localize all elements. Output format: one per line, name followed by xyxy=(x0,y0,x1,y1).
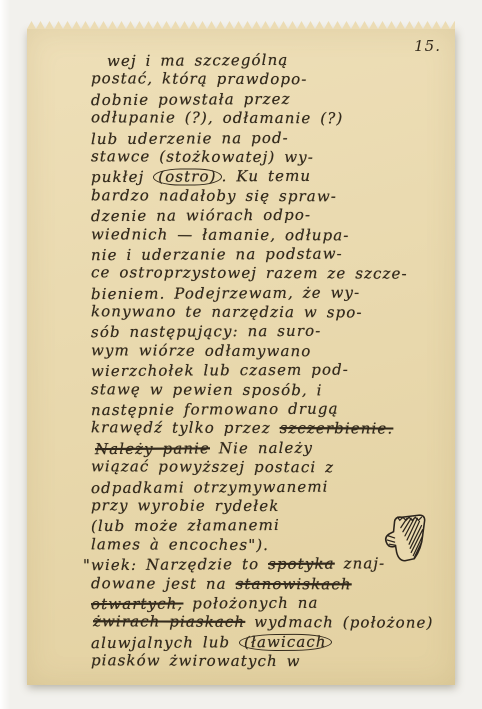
line-text: stawce (stożkowatej) wy- xyxy=(91,147,314,166)
line-text: pukłej xyxy=(91,168,153,186)
handwritten-line: aluwjalnych lub (ławicach xyxy=(91,632,449,654)
torn-perforation-edge xyxy=(27,21,455,29)
struck-text: spotyka xyxy=(268,555,335,573)
line-text: krawędź tylko przez xyxy=(91,419,280,438)
handwritten-line: wym wiórze odłamywano xyxy=(91,341,449,362)
line-text: dzenie na wiórach odpo- xyxy=(91,206,311,225)
line-text: wym wiórze odłamywano xyxy=(91,341,311,360)
line-text: Nie należy xyxy=(210,439,313,458)
line-text: znaj- xyxy=(335,554,386,572)
struck-text: żwirach piaskach xyxy=(93,613,245,632)
handwritten-line: wiązać powyższej postaci z xyxy=(91,457,449,478)
line-text: postać, którą prawdopo- xyxy=(91,70,308,89)
handwritten-line: bardzo nadałoby się spraw- xyxy=(91,186,449,207)
line-text: piasków żwirowatych w xyxy=(91,651,301,670)
handwritten-line: stawę w pewien sposób, i xyxy=(91,380,449,401)
line-text: przy wyrobie rydełek xyxy=(91,496,280,515)
line-text: bardzo nadałoby się spraw- xyxy=(91,186,337,205)
line-text: . Ku temu xyxy=(222,167,312,186)
line-text: odpadkami otrzymywanemi xyxy=(91,477,329,496)
handwritten-line: dowane jest na stanowiskach xyxy=(91,574,449,595)
handwritten-line: konywano te narzędzia w spo- xyxy=(91,302,449,323)
line-text: lames à encoches"). xyxy=(91,535,269,554)
line-text: konywano te narzędzia w spo- xyxy=(91,302,363,321)
line-text: dowane jest na xyxy=(91,574,236,593)
line-text: dobnie powstała przez xyxy=(91,90,291,109)
handwritten-text-block: wej i ma szczególnąpostać, którą prawdop… xyxy=(91,51,449,672)
notched-flint-blade-sketch-icon xyxy=(382,511,430,567)
handwritten-line: bieniem. Podejrzewam, że wy- xyxy=(91,283,449,305)
handwritten-line: pukłej (ostro). Ku temu xyxy=(91,166,449,188)
handwritten-line: wiednich — łamanie, odłupa- xyxy=(91,225,449,246)
line-text: aluwjalnych lub xyxy=(91,633,239,652)
struck-text: stanowiskach xyxy=(236,574,352,593)
line-text: wierzchołek lub czasem pod- xyxy=(91,361,349,381)
line-text: (lub może złamanemi xyxy=(91,516,280,535)
line-text: bieniem. Podejrzewam, że wy- xyxy=(91,283,360,303)
manuscript-page: 15. wej i ma szczególnąpostać, którą pra… xyxy=(27,29,455,685)
struck-text: szczerbienie. xyxy=(280,419,394,437)
line-text: sób następujący: na suro- xyxy=(91,322,321,341)
line-text: nie i uderzanie na podstaw- xyxy=(91,244,343,264)
line-text: wiednich — łamanie, odłupa- xyxy=(91,225,350,244)
handwritten-line: postać, którą prawdopo- xyxy=(91,70,449,91)
line-text: "wiek: Narzędzie to xyxy=(83,555,268,574)
handwritten-line: stawce (stożkowatej) wy- xyxy=(91,147,449,168)
circled-text: (ławicach xyxy=(239,633,332,651)
handwritten-line: Należy panie Nie należy xyxy=(91,438,449,460)
handwritten-line: odłupanie (?), odłamanie (?) xyxy=(91,108,449,129)
struck-text: Należy panie xyxy=(95,439,210,458)
scan-background: 15. wej i ma szczególnąpostać, którą pra… xyxy=(0,0,482,709)
handwritten-line: krawędź tylko przez szczerbienie. xyxy=(91,419,449,440)
line-text: położonych na xyxy=(183,594,318,613)
line-text: wej i ma szczególną xyxy=(107,51,288,70)
handwritten-line: dobnie powstała przez xyxy=(91,89,449,111)
handwritten-line: odpadkami otrzymywanemi xyxy=(91,477,449,499)
line-text: stawę w pewien sposób, i xyxy=(91,380,323,399)
line-text: lub uderzenie na pod- xyxy=(91,128,289,147)
line-text: ce ostroprzystowej razem ze szcze- xyxy=(91,264,408,283)
handwritten-line: sób następujący: na suro- xyxy=(91,321,449,343)
handwritten-line: lub uderzenie na pod- xyxy=(91,127,449,149)
torn-perforation-edge-path xyxy=(27,21,455,29)
circled-text: (ostro) xyxy=(153,169,221,186)
handwritten-line: dzenie na wiórach odpo- xyxy=(91,205,449,227)
line-text: wydmach (położone) xyxy=(245,613,433,632)
handwritten-line: ce ostroprzystowej razem ze szcze- xyxy=(91,264,449,285)
handwritten-line: piasków żwirowatych w xyxy=(91,651,449,672)
handwritten-line: otwartych, położonych na xyxy=(91,593,449,615)
handwritten-line: wierzchołek lub czasem pod- xyxy=(91,360,449,382)
handwritten-line: nie i uderzanie na podstaw- xyxy=(91,244,449,266)
line-text: odłupanie (?), odłamanie (?) xyxy=(91,108,343,127)
struck-text: otwartych, xyxy=(91,594,183,613)
line-text: wiązać powyższej postaci z xyxy=(91,457,334,476)
handwritten-line: następnie formowano drugą xyxy=(91,399,449,421)
handwritten-line: wej i ma szczególną xyxy=(91,50,449,72)
handwritten-line: żwirach piaskach wydmach (położone) xyxy=(91,613,449,634)
line-text: następnie formowano drugą xyxy=(91,400,339,420)
